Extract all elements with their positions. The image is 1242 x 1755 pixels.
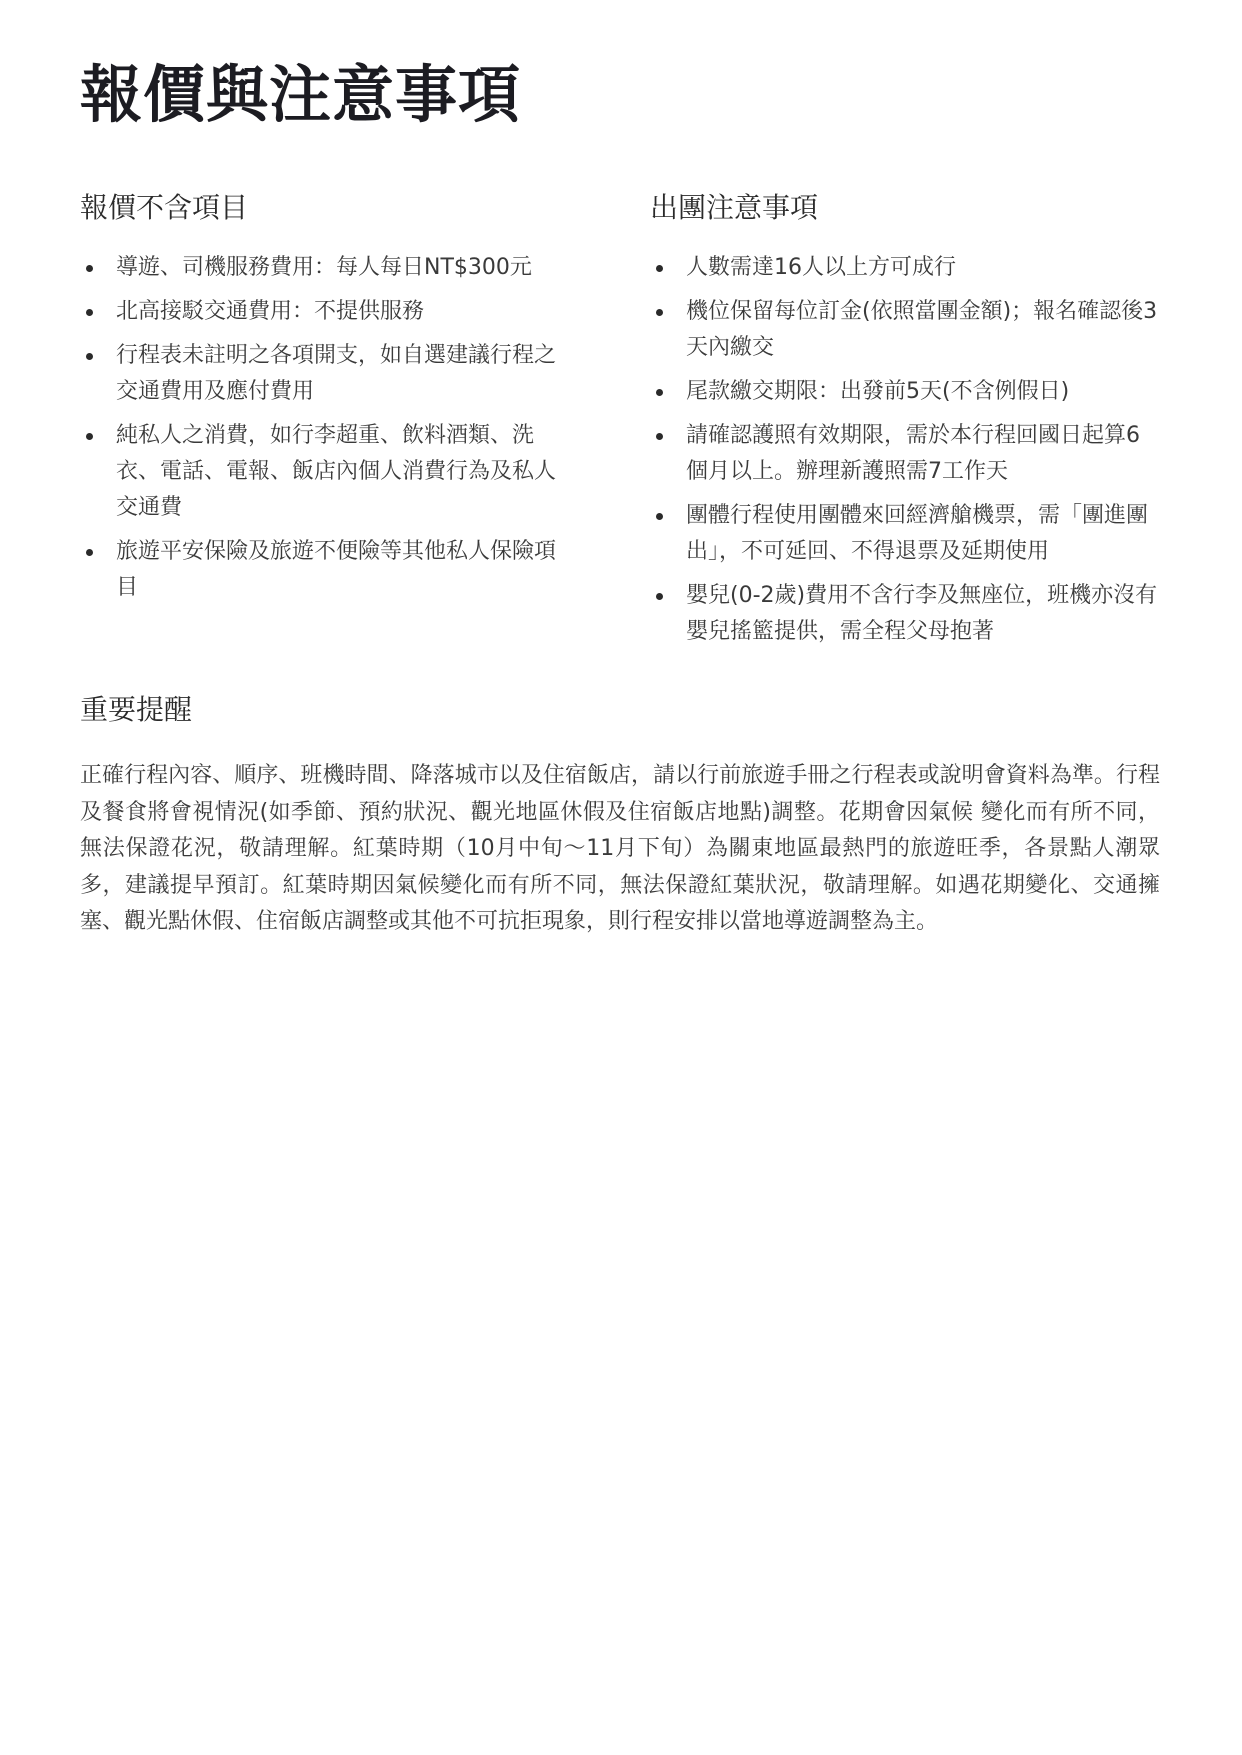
bullet-icon bbox=[656, 593, 663, 600]
list-item: 行程表未註明之各項開支，如自選建議行程之交通費用及應付費用 bbox=[80, 338, 570, 410]
bullet-icon bbox=[656, 265, 663, 272]
excluded-items-section: 報價不含項目 導遊、司機服務費用：每人每日NT$300元 北高接駁交通費用：不提… bbox=[80, 188, 570, 658]
important-reminder-section: 重要提醒 正確行程內容、順序、班機時間、降落城市以及住宿飯店，請以行前旅遊手冊之… bbox=[80, 690, 1160, 941]
bullet-icon bbox=[86, 309, 93, 316]
departure-notices-section: 出團注意事項 人數需達16人以上方可成行 機位保留每位訂金(依照當團金額)；報名… bbox=[650, 188, 1160, 658]
list-item-text: 純私人之消費，如行李超重、飲料酒類、洗衣、電話、電報、飯店內個人消費行為及私人交… bbox=[116, 423, 556, 520]
two-column-section: 報價不含項目 導遊、司機服務費用：每人每日NT$300元 北高接駁交通費用：不提… bbox=[80, 188, 1160, 658]
bullet-icon bbox=[656, 389, 663, 396]
list-item-text: 北高接駁交通費用：不提供服務 bbox=[116, 299, 424, 324]
list-item-text: 機位保留每位訂金(依照當團金額)；報名確認後3天內繳交 bbox=[686, 299, 1157, 360]
list-item: 嬰兒(0-2歲)費用不含行李及無座位，班機亦沒有嬰兒搖籃提供，需全程父母抱著 bbox=[650, 578, 1160, 650]
bullet-icon bbox=[86, 549, 93, 556]
list-item-text: 團體行程使用團體來回經濟艙機票，需「團進團出」，不可延回、不得退票及延期使用 bbox=[686, 503, 1148, 564]
list-item-text: 嬰兒(0-2歲)費用不含行李及無座位，班機亦沒有嬰兒搖籃提供，需全程父母抱著 bbox=[686, 583, 1157, 644]
list-item: 請確認護照有效期限，需於本行程回國日起算6個月以上。辦理新護照需7工作天 bbox=[650, 418, 1160, 490]
list-item-text: 尾款繳交期限：出發前5天(不含例假日) bbox=[686, 379, 1069, 404]
list-item-text: 人數需達16人以上方可成行 bbox=[686, 255, 956, 280]
important-reminder-heading: 重要提醒 bbox=[80, 690, 1160, 730]
list-item: 人數需達16人以上方可成行 bbox=[650, 250, 1160, 286]
list-item-text: 旅遊平安保險及旅遊不便險等其他私人保險項目 bbox=[116, 539, 556, 600]
list-item: 北高接駁交通費用：不提供服務 bbox=[80, 294, 570, 330]
bullet-icon bbox=[656, 309, 663, 316]
bullet-icon bbox=[86, 353, 93, 360]
list-item: 團體行程使用團體來回經濟艙機票，需「團進團出」，不可延回、不得退票及延期使用 bbox=[650, 498, 1160, 570]
departure-notices-list: 人數需達16人以上方可成行 機位保留每位訂金(依照當團金額)；報名確認後3天內繳… bbox=[650, 250, 1160, 650]
list-item: 純私人之消費，如行李超重、飲料酒類、洗衣、電話、電報、飯店內個人消費行為及私人交… bbox=[80, 418, 570, 526]
list-item: 機位保留每位訂金(依照當團金額)；報名確認後3天內繳交 bbox=[650, 294, 1160, 366]
departure-notices-heading: 出團注意事項 bbox=[650, 188, 1160, 228]
list-item-text: 行程表未註明之各項開支，如自選建議行程之交通費用及應付費用 bbox=[116, 343, 556, 404]
bullet-icon bbox=[86, 265, 93, 272]
bullet-icon bbox=[656, 433, 663, 440]
bullet-icon bbox=[656, 513, 663, 520]
list-item: 導遊、司機服務費用：每人每日NT$300元 bbox=[80, 250, 570, 286]
list-item: 旅遊平安保險及旅遊不便險等其他私人保險項目 bbox=[80, 534, 570, 606]
list-item-text: 導遊、司機服務費用：每人每日NT$300元 bbox=[116, 255, 532, 280]
excluded-items-heading: 報價不含項目 bbox=[80, 188, 570, 228]
bullet-icon bbox=[86, 433, 93, 440]
page-title: 報價與注意事項 bbox=[80, 58, 521, 132]
important-reminder-text: 正確行程內容、順序、班機時間、降落城市以及住宿飯店，請以行前旅遊手冊之行程表或說… bbox=[80, 758, 1160, 941]
list-item-text: 請確認護照有效期限，需於本行程回國日起算6個月以上。辦理新護照需7工作天 bbox=[686, 423, 1140, 484]
excluded-items-list: 導遊、司機服務費用：每人每日NT$300元 北高接駁交通費用：不提供服務 行程表… bbox=[80, 250, 570, 606]
list-item: 尾款繳交期限：出發前5天(不含例假日) bbox=[650, 374, 1160, 410]
